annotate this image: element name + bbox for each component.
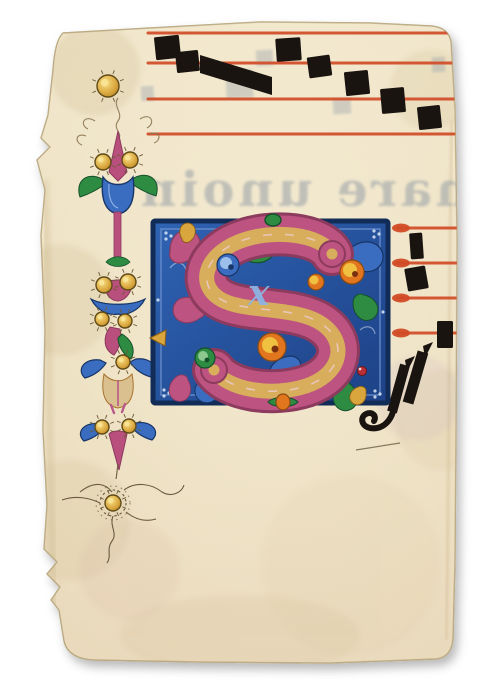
bezant-highlight bbox=[123, 277, 129, 283]
bezant-highlight bbox=[101, 79, 109, 87]
bezant-disk bbox=[95, 312, 109, 326]
neume-square bbox=[344, 70, 370, 96]
bezant-disk bbox=[95, 154, 111, 170]
bezant-highlight bbox=[97, 314, 102, 319]
neume-square bbox=[175, 50, 200, 73]
show-through-text: mare unoin bbox=[137, 162, 486, 218]
top-green-bud bbox=[265, 214, 281, 226]
staff-line-end-blob bbox=[392, 259, 410, 268]
bezant-disk bbox=[105, 495, 121, 511]
neume-square bbox=[417, 105, 442, 130]
bezant-highlight bbox=[120, 316, 125, 321]
bezant-disk bbox=[116, 355, 130, 369]
bezant-highlight bbox=[124, 421, 129, 426]
bezant-highlight bbox=[125, 155, 131, 161]
illuminated-initial-block: x bbox=[150, 214, 388, 412]
bezant-disk bbox=[118, 314, 132, 328]
manuscript-leaf-svg: mare unoin bbox=[0, 0, 500, 693]
manuscript-photo: mare unoin bbox=[0, 0, 500, 693]
staff-line-end-blob bbox=[392, 329, 410, 338]
neume-square bbox=[404, 265, 429, 291]
bezant-highlight bbox=[108, 498, 114, 504]
bezant-highlight bbox=[118, 357, 123, 362]
neume-square bbox=[409, 233, 424, 260]
red-berry bbox=[358, 367, 367, 376]
bezant-disk bbox=[122, 419, 136, 433]
pink-stem bbox=[114, 212, 121, 260]
neume-square bbox=[275, 37, 302, 62]
neume-square bbox=[437, 321, 453, 348]
bezant-disk bbox=[97, 75, 119, 97]
bezant-disk bbox=[120, 274, 136, 290]
show-through-neume bbox=[467, 185, 488, 208]
bezant-disk bbox=[122, 152, 138, 168]
bezant-disk bbox=[96, 277, 112, 293]
bezant-disk bbox=[95, 420, 109, 434]
bezant-highlight bbox=[99, 280, 105, 286]
guide-letter-x: x bbox=[247, 272, 270, 314]
staff-line-end-blob bbox=[392, 294, 410, 303]
neume-square bbox=[380, 87, 406, 114]
neume-square bbox=[307, 55, 333, 79]
bezant-highlight bbox=[98, 157, 104, 163]
bezant-highlight bbox=[97, 422, 102, 427]
staff-line-end-blob bbox=[392, 224, 410, 233]
